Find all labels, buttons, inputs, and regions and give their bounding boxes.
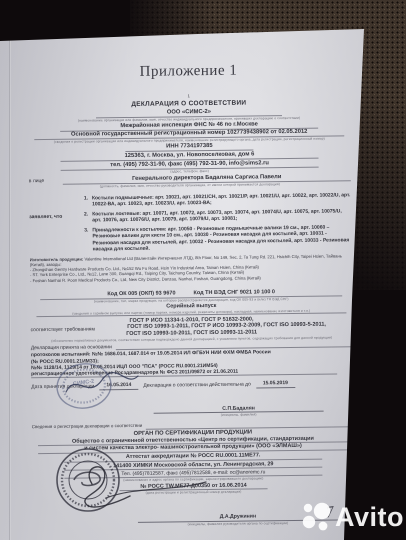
inn-line: ИНН 7734197385: [125, 143, 254, 152]
valid-until-value: 15.05.2019: [256, 380, 295, 388]
registration-section-label: Сведения о регистрации декларации о соот…: [32, 423, 143, 431]
document-paper: Приложение 1 1 ДЕКЛАРАЦИЯ О СООТВЕТСТВИИ…: [0, 0, 406, 540]
product-text: Костыли локтевые: арт. 10071, арт. 10072…: [92, 208, 351, 224]
avito-logo-icon: [300, 501, 332, 533]
tnved-code: Код ТН ВЭД СНГ 9021 10 100 0: [193, 289, 275, 297]
product-number: 2.: [79, 211, 88, 224]
product-number: 3.: [79, 227, 88, 253]
manufacturer-paragraph: Изготовитель продукции: Valentine Intern…: [30, 253, 352, 283]
okp-code: Код ОК 005 (ОКП) 93 9670: [107, 290, 175, 298]
product-item: 3. Принадлежности к костылям: арт. 10050…: [79, 224, 351, 253]
product-text: Костыли подмышечные: арт. 10021, арт. 10…: [92, 192, 351, 208]
valid-until-label: Декларация о соответствии действительна …: [143, 382, 251, 390]
conformity-label: соответствует требованиям: [31, 326, 95, 333]
product-number: 1.: [79, 195, 88, 208]
declares-label: заявляет, что: [29, 214, 62, 220]
declarant-signature-stroke: [62, 366, 142, 404]
avito-watermark: Avito: [300, 501, 404, 533]
organ-signature-stroke: [66, 456, 216, 512]
appendix-heading: Приложение 1: [27, 61, 349, 82]
paper-fold-crease: [9, 40, 11, 540]
product-list: 1. Костыли подмышечные: арт. 10021, арт.…: [79, 192, 352, 253]
in-person-label: в лице: [29, 178, 44, 184]
declarant-signature-note: (инициалы, фамилия): [154, 412, 324, 418]
product-item: 1. Костыли подмышечные: арт. 10021, арт.…: [79, 192, 351, 208]
conformity-block: соответствует требованиям ГОСТ Р ИСО 113…: [30, 315, 352, 339]
product-text: Принадлежности к костылям: арт. 10050 - …: [92, 224, 351, 253]
basis-label: Декларация принята на основании: [31, 344, 112, 351]
declarant-signature-block: С.П.Бадалян (инициалы, фамилия): [154, 404, 324, 418]
photo-scene: Приложение 1 1 ДЕКЛАРАЦИЯ О СООТВЕТСТВИИ…: [0, 0, 406, 540]
avito-wordmark: Avito: [335, 503, 404, 531]
product-item: 2. Костыли локтевые: арт. 10071, арт. 10…: [79, 208, 351, 224]
